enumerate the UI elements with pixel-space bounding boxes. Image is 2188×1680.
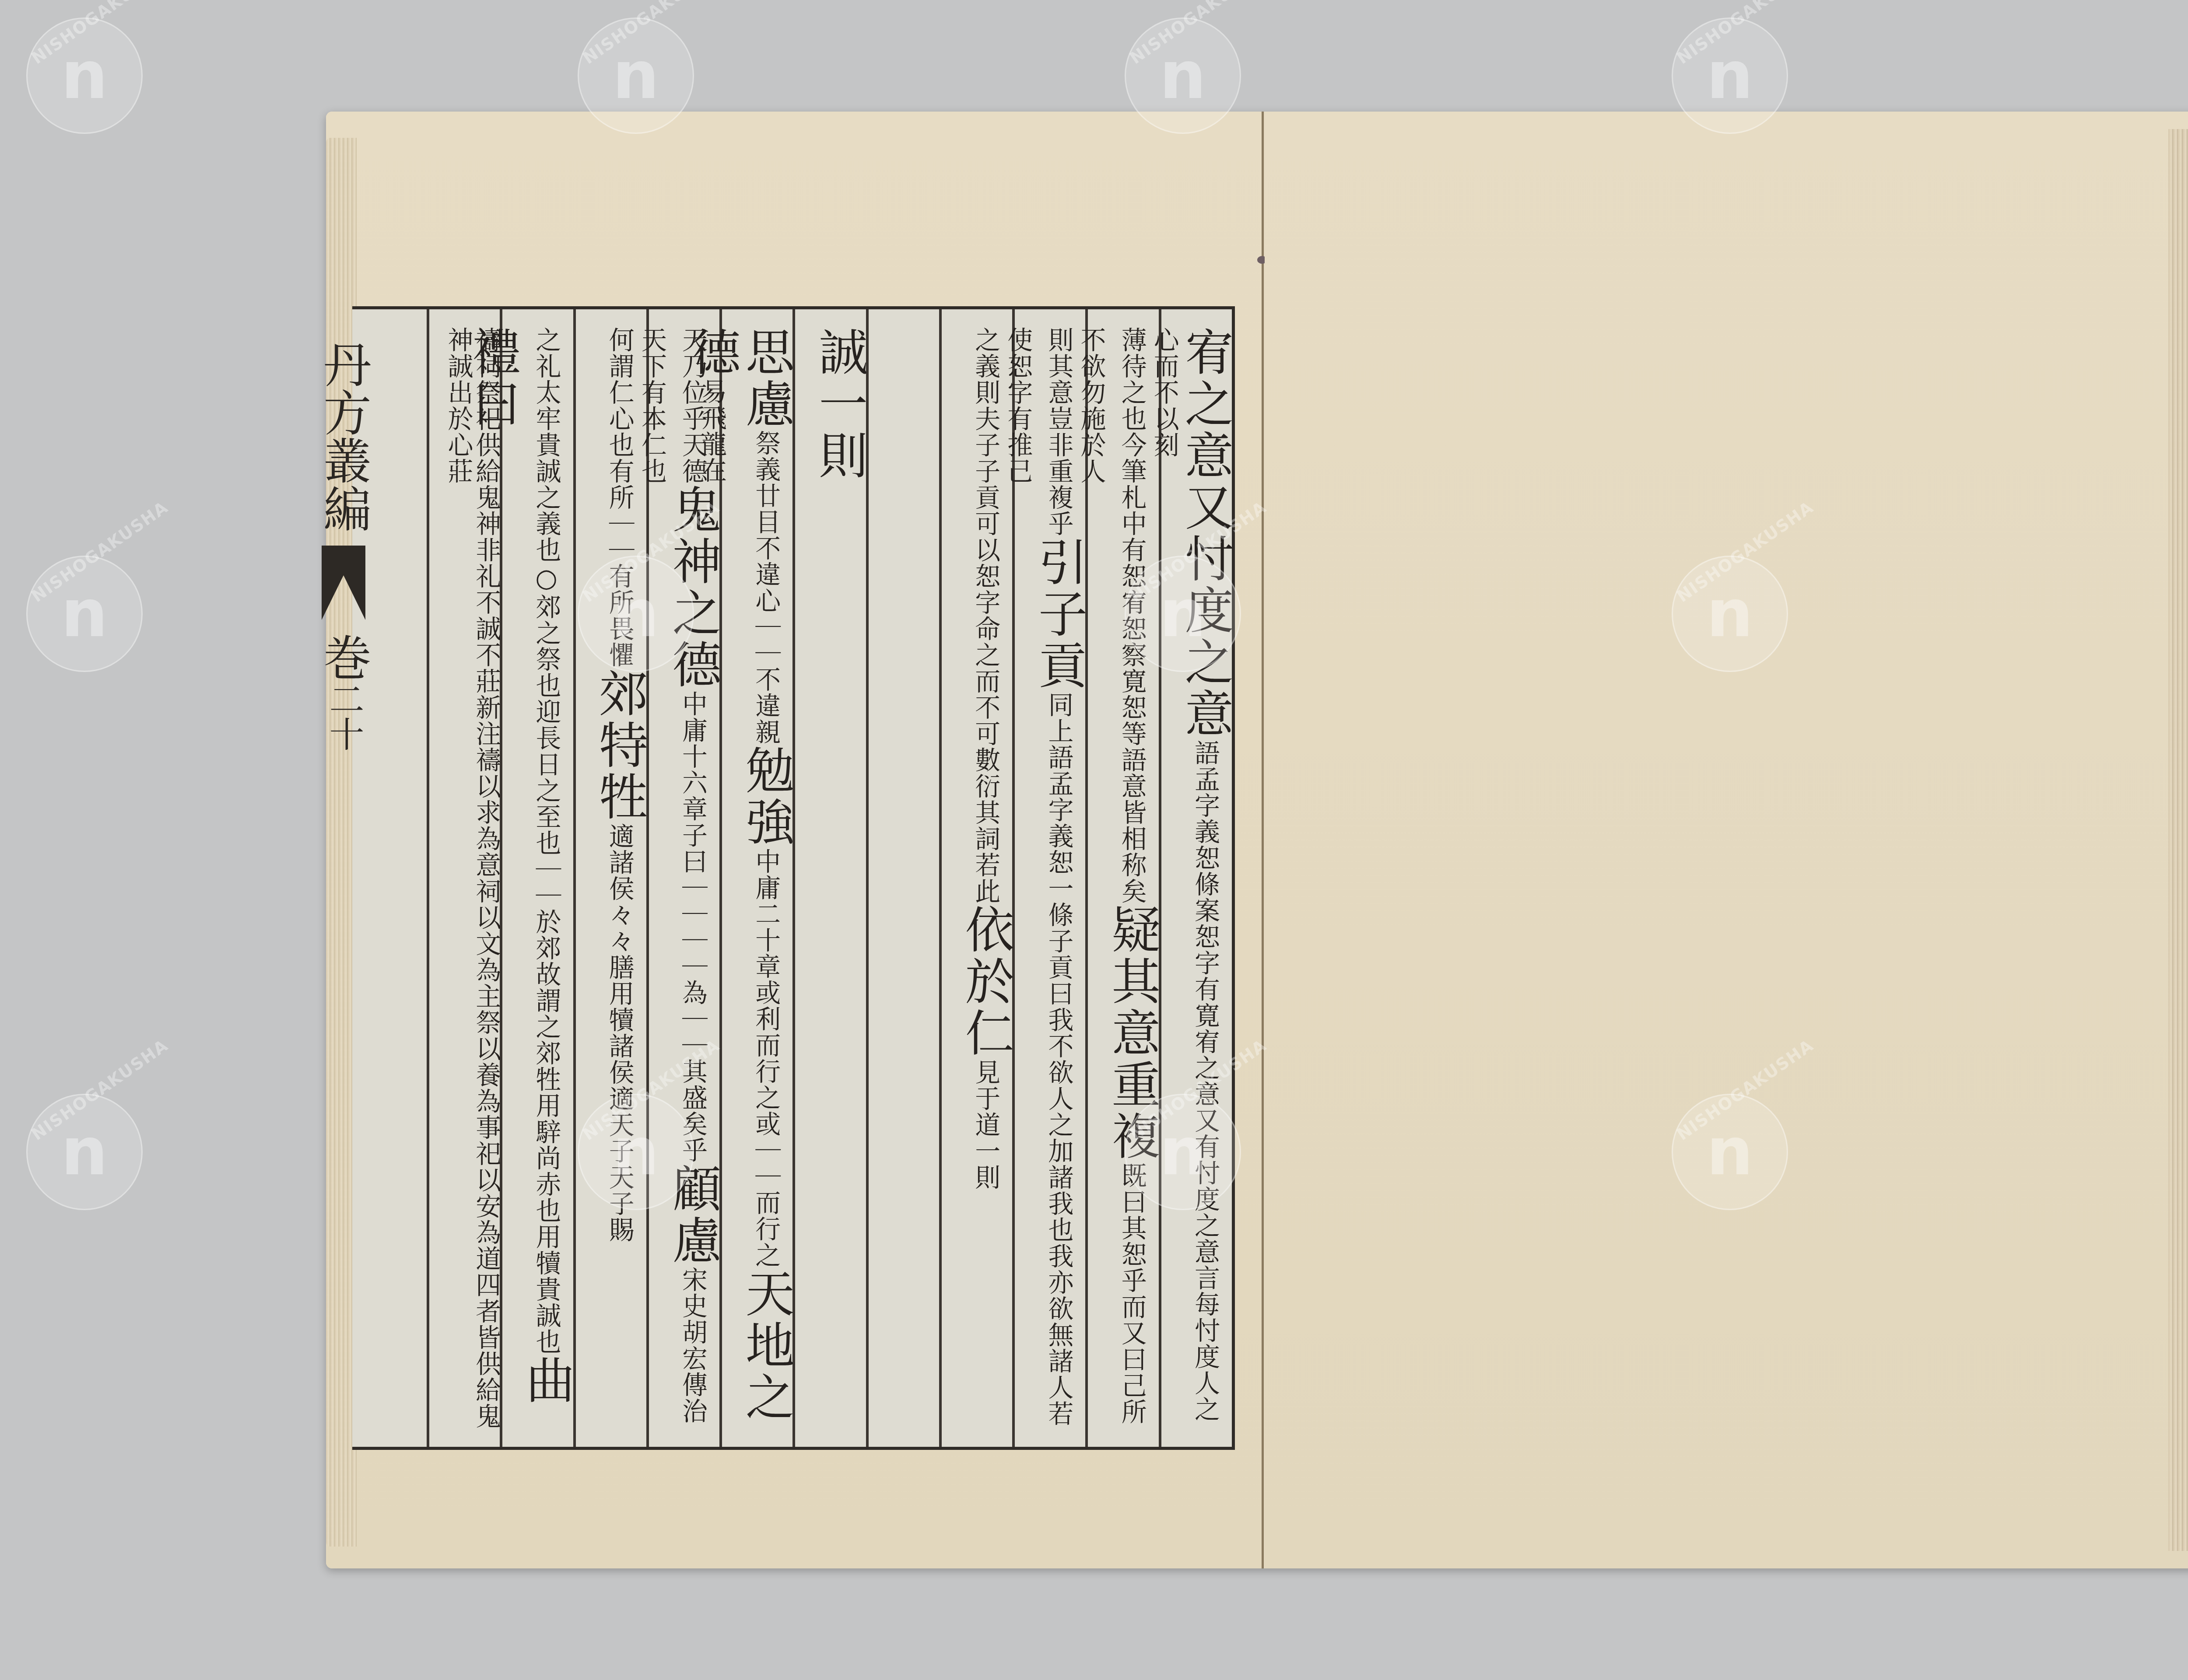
text-column: 天乃位乎天德鬼神之德中庸十六章子曰｜｜｜｜為｜｜其盛矣乎顧慮宋史胡宏傳治天下有本… (646, 309, 719, 1447)
annotation-text: 中庸二十章或利而行之或｜｜而行之 (751, 848, 781, 1268)
text-column (866, 309, 939, 1447)
annotation-text: 見于道一則 (971, 1059, 1000, 1190)
annotation-text: 中庸十六章子曰｜｜｜｜為｜｜其盛矣乎 (678, 691, 708, 1163)
text-column: 宥之意又忖度之意語孟字義恕條案恕字有寛宥之意又有忖度之意言每忖度人之心而不以刻 (1159, 309, 1232, 1447)
main-text: 依於仁 (957, 904, 1014, 1059)
annotation-text: 禱祠祭祀供給鬼神非礼不誠不莊新注禱以求為意祠以文為主祭以養為事祀以安為道四者皆供… (443, 327, 501, 1429)
annotation-text: 之義則夫子子貢可以恕字命之而不可數衍其詞若此 (971, 327, 1000, 904)
text-column: 何謂仁心也有所｜｜有所畏懼郊特牲適諸侯々々膳用犢諸侯適天子天子賜 (573, 309, 646, 1447)
left-hashira-volume: 巻 (316, 633, 372, 681)
annotation-text: 則其意豈非重複乎 (1044, 327, 1073, 537)
text-column: 禱祠祭祀供給鬼神非礼不誠不莊新注禱以求為意祠以文為主祭以養為事祀以安為道四者皆供… (427, 309, 500, 1447)
nishogakusha-watermark-icon: nNISHOGAKUSHA (26, 556, 143, 672)
main-text: 鬼神之德 (664, 484, 721, 691)
left-hashira-title: 丹方叢編 (316, 340, 372, 532)
left-page-text-frame: 丹方叢編巻二十 宥之意又忖度之意語孟字義恕條案恕字有寛宥之意又有忖度之意言每忖度… (352, 306, 1235, 1450)
right-page-edges (2168, 129, 2188, 1551)
text-column: 之義則夫子子貢可以恕字命之而不可數衍其詞若此依於仁見于道一則 (939, 309, 1012, 1447)
nishogakusha-watermark-icon: nNISHOGAKUSHA (26, 1094, 143, 1210)
main-text: 思慮 (737, 327, 794, 430)
text-column: 則其意豈非重複乎引子貢同上語孟字義恕一條子貢曰我不欲人之加諸我也我亦欲無諸人若使… (1012, 309, 1085, 1447)
annotation-text: 薄待之也今筆札中有恕宥恕察寛恕等語意皆相称矣 (1117, 327, 1147, 904)
watermark-text: NISHOGAKUSHA (28, 0, 172, 68)
main-text: 誠一則 (811, 327, 868, 482)
text-column: 之礼太牢貴誠之義也○郊之祭也迎長日之至也｜｜於郊故謂之郊牲用騂尚赤也用犢貴誠也曲… (500, 309, 573, 1447)
watermark-logo: n (61, 576, 108, 652)
watermark-logo: n (61, 1114, 108, 1190)
watermark-text: NISHOGAKUSHA (28, 497, 172, 606)
watermark-text: NISHOGAKUSHA (1126, 0, 1270, 68)
annotation-text: 天乃位乎天德 (678, 327, 708, 484)
left-hashira: 丹方叢編巻二十 (352, 309, 427, 1447)
annotation-text: 何謂仁心也有所｜｜有所畏懼 (605, 327, 635, 668)
text-column: 誠一則 (792, 309, 866, 1447)
text-column: 薄待之也今筆札中有恕宥恕察寛恕等語意皆相称矣疑其意重複既曰其恕乎而又曰己所不欲勿… (1085, 309, 1158, 1447)
right-page: 丹方叢編巻卌九 信賞必罰魏志杜恕傳立必信之賞旋必行之罰約信之解見于仁齋先生跋忠信… (1265, 112, 2188, 1568)
watermark-logo: n (1160, 38, 1206, 114)
open-book: 丹方叢編巻二十 宥之意又忖度之意語孟字義恕條案恕字有寛宥之意又有忖度之意言每忖度… (326, 112, 2188, 1568)
nishogakusha-watermark-icon: nNISHOGAKUSHA (26, 17, 143, 134)
left-page: 丹方叢編巻二十 宥之意又忖度之意語孟字義恕條案恕字有寛宥之意又有忖度之意言每忖度… (326, 112, 1263, 1568)
watermark-text: NISHOGAKUSHA (579, 0, 723, 68)
watermark-logo: n (61, 38, 108, 114)
annotation-text: 祭義廿目不違心｜｜不違親 (751, 430, 781, 745)
left-page-number: 二十 (323, 681, 364, 751)
main-text: 郊特牲 (591, 668, 648, 823)
annotation-text: 之礼太牢貴誠之義也○郊之祭也迎長日之至也｜｜於郊故謂之郊牲用騂尚赤也用犢貴誠也 (532, 327, 561, 1355)
watermark-text: NISHOGAKUSHA (1673, 0, 1817, 68)
main-text: 宥之意又忖度之意 (1177, 327, 1234, 740)
annotation-text: 適諸侯々々膳用犢諸侯適天子天子賜 (605, 823, 635, 1243)
main-text: 勉強 (737, 745, 794, 848)
main-text: 疑其意重複 (1104, 904, 1161, 1162)
watermark-text: NISHOGAKUSHA (28, 1036, 172, 1144)
text-column: 思慮祭義廿目不違心｜｜不違親勉強中庸二十章或利而行之或｜｜而行之天地之德易飛龍在 (719, 309, 792, 1447)
book-gutter (1262, 112, 1264, 1568)
watermark-logo: n (1707, 38, 1753, 114)
main-text: 引子貢 (1030, 537, 1087, 692)
watermark-logo: n (613, 38, 659, 114)
main-text: 顧慮 (664, 1163, 721, 1267)
